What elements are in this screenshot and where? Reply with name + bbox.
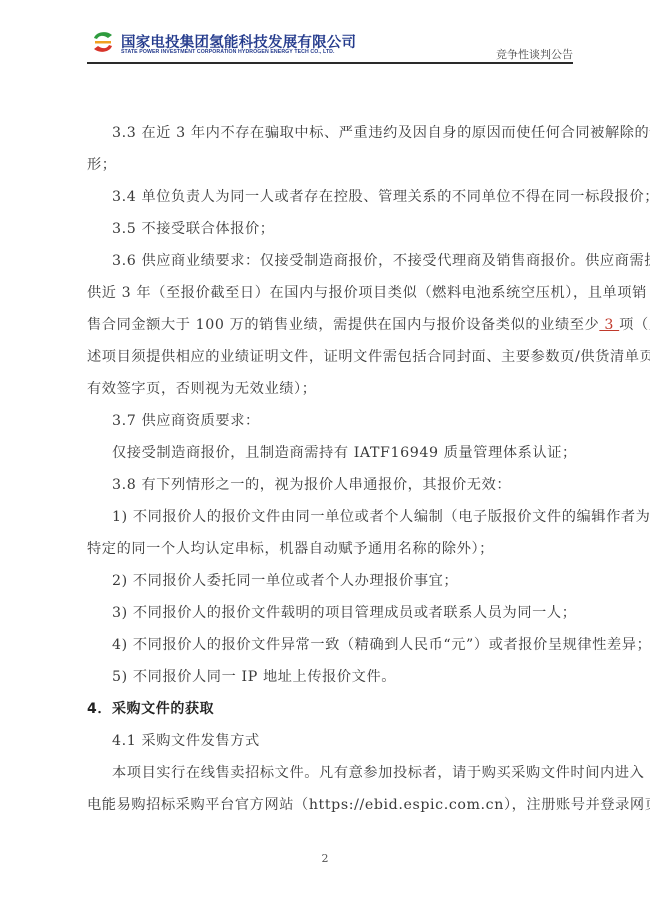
performance-count-highlight: 3 [599,317,619,333]
clause-3-6-line-3-post: 项（上 [619,317,650,333]
section-4-heading: 4．采购文件的获取 [87,698,573,730]
clause-3-7-title: 3.7 供应商资质要求： [87,410,573,442]
clause-3-6-line-5: 有效签字页，否则视为无效业绩）； [87,378,573,410]
page-number: 2 [0,852,650,865]
header-divider [87,62,573,64]
page-header: 国家电投集团氢能科技发展有限公司 STATE POWER INVESTMENT … [87,24,573,64]
clause-3-6-line-1: 3.6 供应商业绩要求：仅接受制造商报价，不接受代理商及销售商报价。供应商需提 [87,250,573,282]
company-logo-icon [90,29,116,55]
clause-4-1-paragraph-line-2: 电能易购招标采购平台官方网站（https://ebid.espic.com.cn… [87,794,573,826]
clause-3-8-item-4: 4) 不同报价人的报价文件异常一致（精确到人民币“元”）或者报价呈规律性差异； [87,634,573,666]
clause-3-8-item-1-line-1: 1) 不同报价人的报价文件由同一单位或者个人编制（电子版报价文件的编辑作者为 [87,506,573,538]
clause-4-1-paragraph-line-1: 本项目实行在线售卖招标文件。凡有意参加投标者，请于购买采购文件时间内进入 [87,762,573,794]
clause-3-7-text: 仅接受制造商报价，且制造商需持有 IATF16949 质量管理体系认证； [87,442,573,474]
clause-3-8-title: 3.8 有下列情形之一的，视为报价人串通报价，其报价无效： [87,474,573,506]
clause-3-6-line-2: 供近 3 年（至报价截至日）在国内与报价项目类似（燃料电池系统空压机），且单项销 [87,282,573,314]
document-type-label: 竞争性谈判公告 [496,46,573,62]
clause-3-5: 3.5 不接受联合体报价； [87,218,573,250]
clause-3-8-item-1-line-2: 特定的同一个人均认定串标，机器自动赋予通用名称的除外）； [87,538,573,570]
clause-3-6-line-4: 述项目须提供相应的业绩证明文件，证明文件需包括合同封面、主要参数页/供货清单页、 [87,346,573,378]
clause-3-6-line-3: 售合同金额大于 100 万的销售业绩，需提供在国内与报价设备类似的业绩至少 3 … [87,314,573,346]
clause-3-8-item-2: 2) 不同报价人委托同一单位或者个人办理报价事宜； [87,570,573,602]
clause-4-1-title: 4.1 采购文件发售方式 [87,730,573,762]
clause-3-3-line-1: 3.3 在近 3 年内不存在骗取中标、严重违约及因自身的原因而使任何合同被解除的… [87,122,573,154]
clause-3-4: 3.4 单位负责人为同一人或者存在控股、管理关系的不同单位不得在同一标段报价； [87,186,573,218]
clause-3-8-item-5: 5) 不同报价人同一 IP 地址上传报价文件。 [87,666,573,698]
document-body: 3.3 在近 3 年内不存在骗取中标、严重违约及因自身的原因而使任何合同被解除的… [87,122,573,826]
company-name-en: STATE POWER INVESTMENT CORPORATION HYDRO… [121,49,335,55]
clause-3-3-line-2: 形； [87,154,573,186]
clause-3-8-item-3: 3) 不同报价人的报价文件载明的项目管理成员或者联系人员为同一人； [87,602,573,634]
clause-3-6-line-3-pre: 售合同金额大于 100 万的销售业绩，需提供在国内与报价设备类似的业绩至少 [87,317,599,333]
